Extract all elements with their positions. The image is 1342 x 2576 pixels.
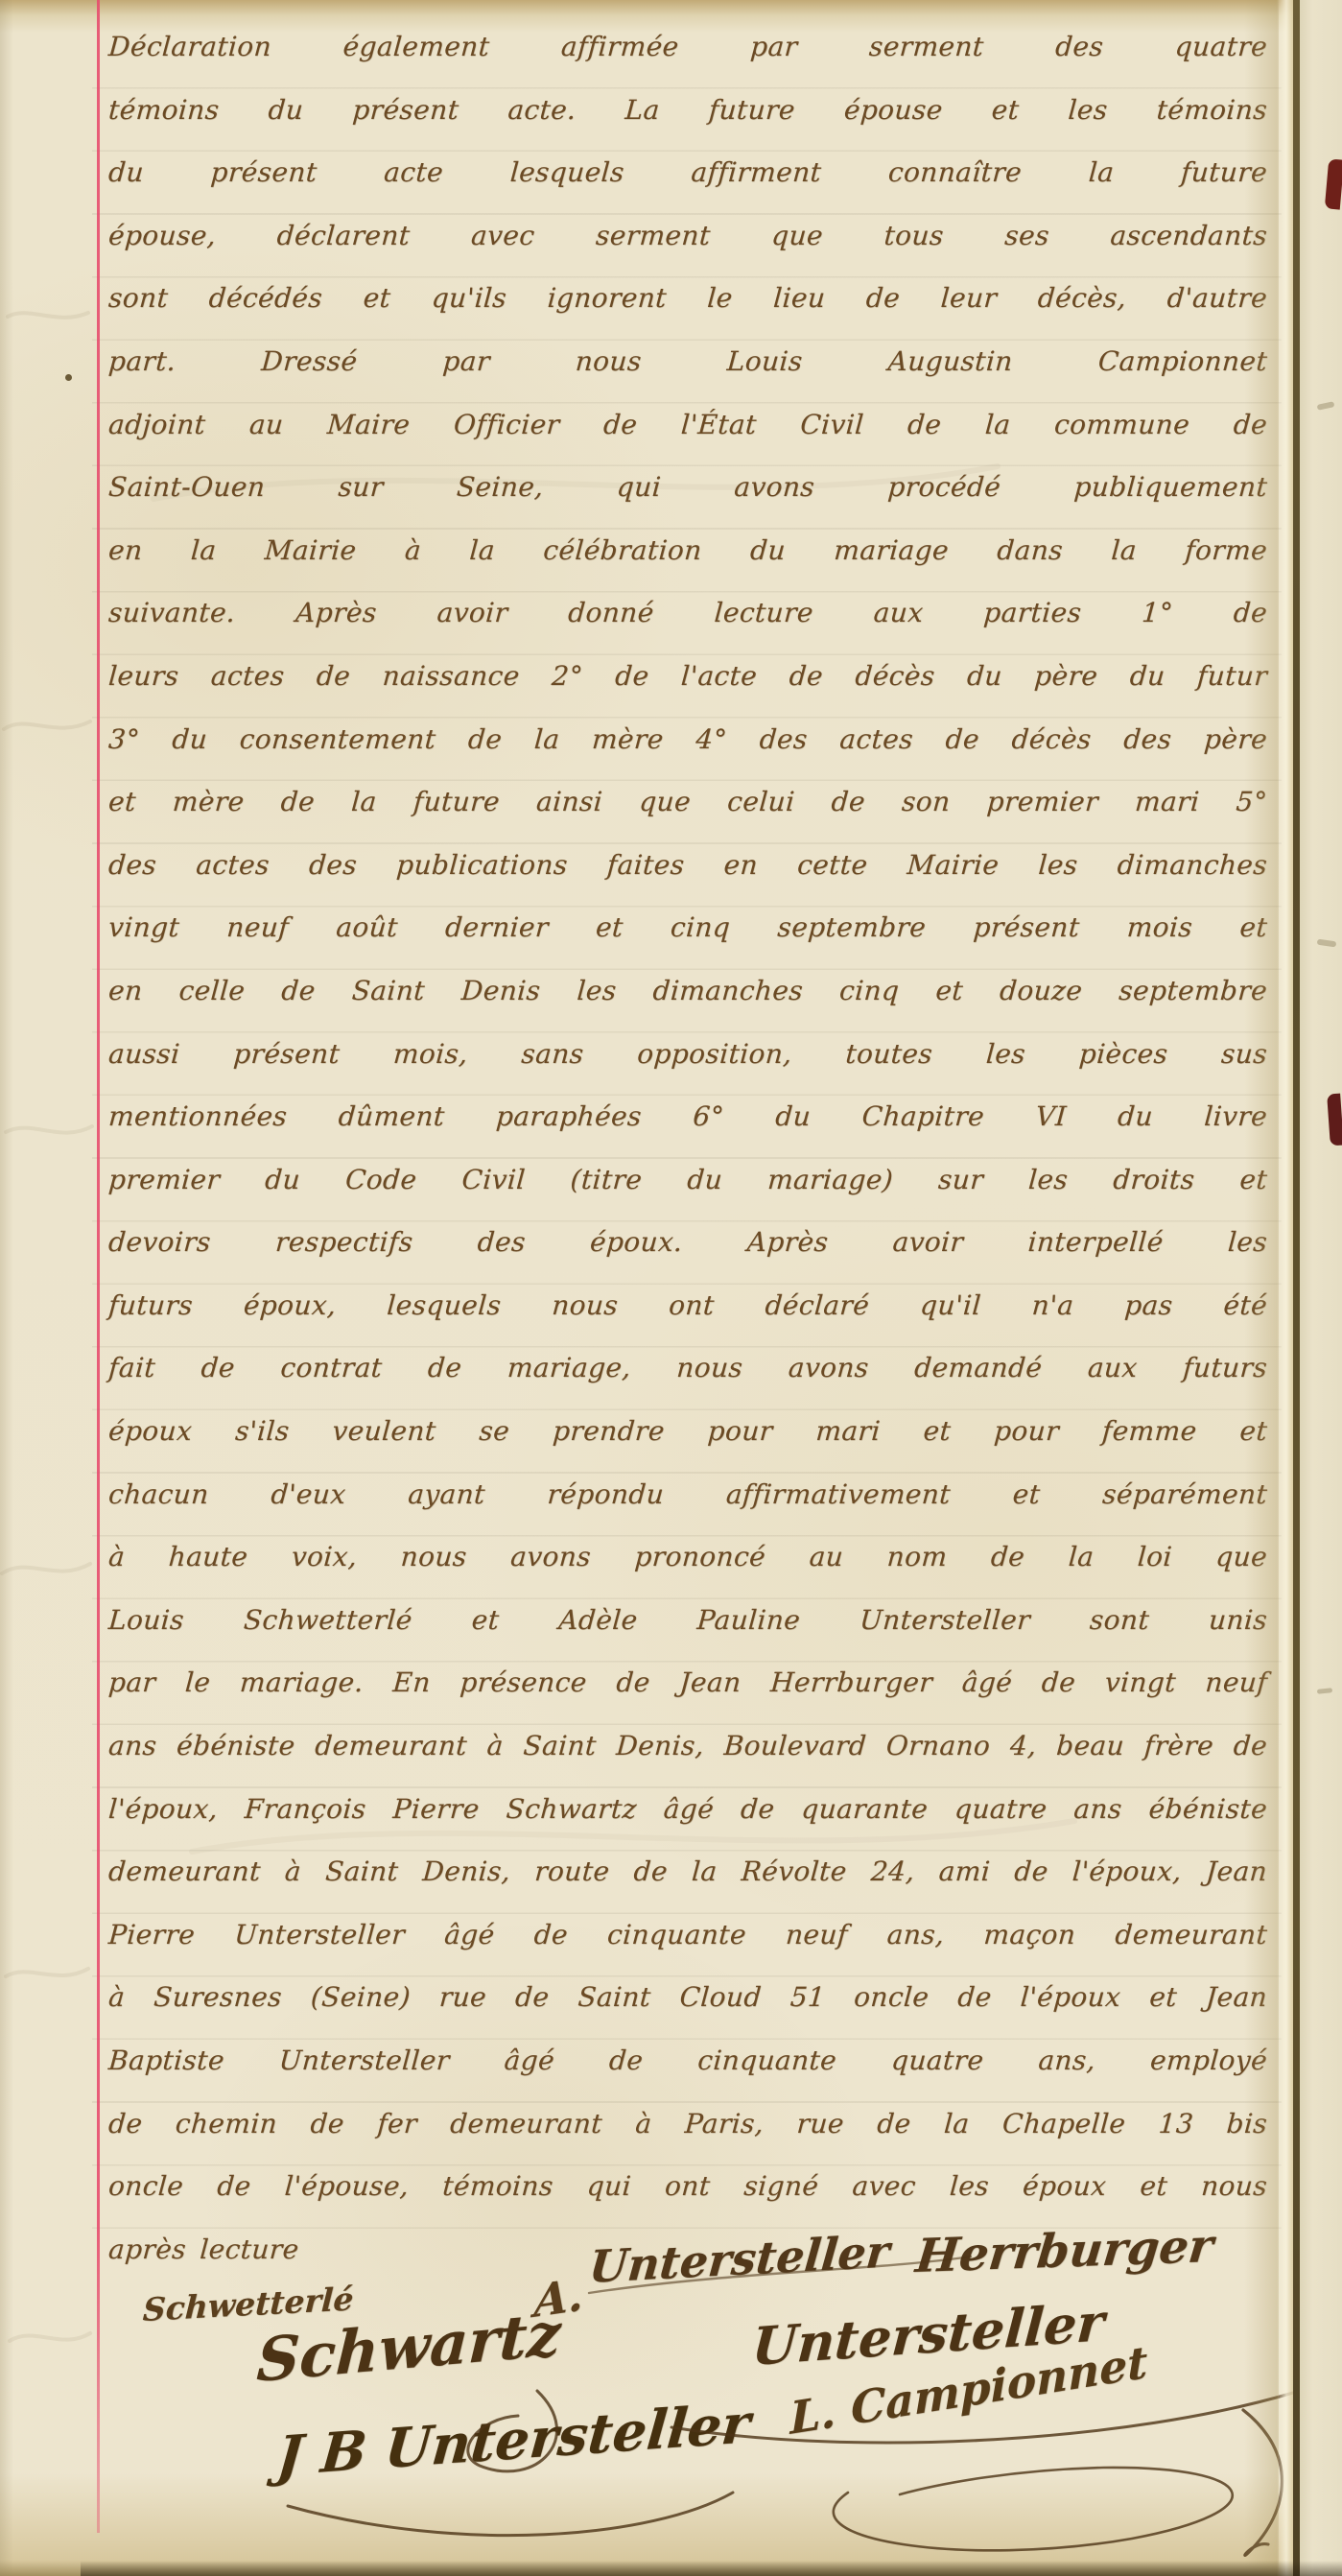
manuscript-line: des actes des publications faites en cet… <box>106 836 1270 899</box>
manuscript-line: en la Mairie à la célébration du mariage… <box>106 521 1270 584</box>
signature-herrburger: Herrburger <box>913 2219 1215 2283</box>
manuscript-line: du présent acte lesquels affirment conna… <box>106 143 1270 206</box>
book-seam <box>1293 0 1300 2576</box>
manuscript-line: chacun d'eux ayant répondu affirmativeme… <box>106 1465 1270 1528</box>
manuscript-line: par le mariage. En présence de Jean Herr… <box>106 1653 1270 1716</box>
next-page-edge <box>1300 0 1342 2576</box>
manuscript-line: sont décédés et qu'ils ignorent le lieu … <box>106 269 1270 332</box>
manuscript-line: témoins du présent acte. La future épous… <box>106 81 1270 144</box>
manuscript-line: 3° du consentement de la mère 4° des act… <box>106 710 1270 773</box>
manuscript-line: épouse, déclarent avec serment que tous … <box>106 206 1270 270</box>
manuscript-line: part. Dressé par nous Louis Augustin Cam… <box>106 332 1270 395</box>
manuscript-line: à haute voix, nous avons prononcé au nom… <box>106 1527 1270 1591</box>
bottom-edge-shadow <box>81 2561 1342 2576</box>
manuscript-line: et mère de la future ainsi que celui de … <box>106 772 1270 836</box>
manuscript-line: devoirs respectifs des époux. Après avoi… <box>106 1213 1270 1276</box>
margin-rule-line <box>97 0 100 2533</box>
manuscript-line: Pierre Untersteller âgé de cinquante neu… <box>106 1905 1270 1969</box>
manuscript-line: futurs époux, lesquels nous ont déclaré … <box>106 1276 1270 1339</box>
manuscript-line: en celle de Saint Denis les dimanches ci… <box>106 961 1270 1025</box>
manuscript-line: de chemin de fer demeurant à Paris, rue … <box>106 2094 1270 2158</box>
manuscript-line: l'époux, François Pierre Schwartz âgé de… <box>106 1780 1270 1843</box>
manuscript-line: oncle de l'épouse, témoins qui ont signé… <box>106 2157 1270 2220</box>
manuscript-line: ans ébéniste demeurant à Saint Denis, Bo… <box>106 1716 1270 1780</box>
left-edge-shade <box>0 0 13 2576</box>
page-gutter-shade <box>1244 0 1279 2576</box>
manuscript-line: fait de contrat de mariage, nous avons d… <box>106 1338 1270 1402</box>
manuscript-line: adjoint au Maire Officier de l'État Civi… <box>106 395 1270 459</box>
manuscript-page: Déclaration également affirmée par serme… <box>0 0 1342 2576</box>
manuscript-line: leurs actes de naissance 2° de l'acte de… <box>106 647 1270 710</box>
manuscript-line: Déclaration également affirmée par serme… <box>106 17 1270 81</box>
manuscript-line: vingt neuf août dernier et cinq septembr… <box>106 898 1270 961</box>
manuscript-line: époux s'ils veulent se prendre pour mari… <box>106 1402 1270 1465</box>
manuscript-line: suivante. Après avoir donné lecture aux … <box>106 583 1270 647</box>
manuscript-line: Saint-Ouen sur Seine, qui avons procédé … <box>106 458 1270 521</box>
manuscript-line: demeurant à Saint Denis, route de la Rév… <box>106 1842 1270 1905</box>
manuscript-line: mentionnées dûment paraphées 6° du Chapi… <box>106 1087 1270 1150</box>
signature-jb-untersteller: J B Untersteller <box>274 2392 753 2489</box>
manuscript-line: Baptiste Untersteller âgé de cinquante q… <box>106 2031 1270 2094</box>
manuscript-line: à Suresnes (Seine) rue de Saint Cloud 51… <box>106 1968 1270 2031</box>
page-fold-highlight <box>1277 0 1294 2576</box>
manuscript-line: Louis Schwetterlé et Adèle Pauline Unter… <box>106 1591 1270 1654</box>
manuscript-text-block: Déclaration également affirmée par serme… <box>108 17 1267 2282</box>
manuscript-line: aussi présent mois, sans opposition, tou… <box>106 1025 1270 1088</box>
ink-speck <box>65 374 72 381</box>
manuscript-line: premier du Code Civil (titre du mariage)… <box>106 1150 1270 1214</box>
red-edge-mark-middle <box>1327 1094 1342 1146</box>
